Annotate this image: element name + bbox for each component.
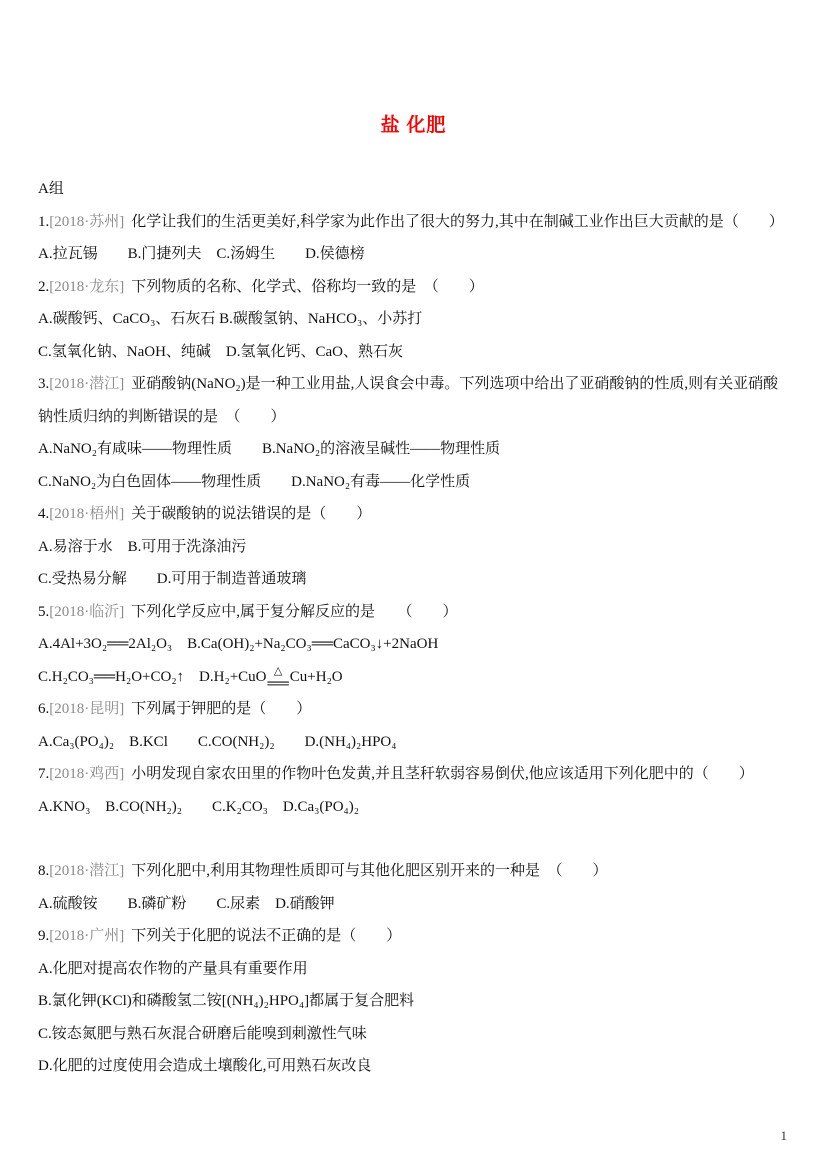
option-line: A.碳酸钙、CaCO₃、石灰石 B.碳酸氢钠、NaHCO₃、小苏打: [38, 303, 793, 336]
question-stem: 9.[2018·广州]下列关于化肥的说法不正确的是（ ）: [38, 920, 793, 953]
group-label: A组: [38, 173, 793, 206]
question-source: [2018·苏州]: [49, 214, 124, 230]
question-number: 9.: [38, 928, 49, 944]
equation-line-glyph: ══: [268, 677, 289, 691]
option-line-equation: C.H₂CO₃══H₂O+CO₂↑ D.H₂+CuO△══Cu+H₂O: [38, 661, 793, 694]
question-number: 6.: [38, 701, 49, 717]
document-content: A组 1.[2018·苏州]化学让我们的生活更美好,科学家为此作出了很大的努力,…: [0, 173, 827, 1083]
question-text: 下列关于化肥的说法不正确的是（ ）: [131, 928, 401, 944]
question-number: 3.: [38, 376, 49, 392]
question-stem: 5.[2018·临沂]下列化学反应中,属于复分解反应的是 （ ）: [38, 596, 793, 629]
equation-pre: C.H₂CO₃══H₂O+CO₂↑ D.H₂+CuO: [38, 669, 267, 685]
option-line: A.4Al+3O₂══2Al₂O₃ B.Ca(OH)₂+Na₂CO₃══CaCO…: [38, 628, 793, 661]
option-line: A.KNO₃ B.CO(NH₂)₂ C.K₂CO₃ D.Ca₃(PO₄)₂: [38, 791, 793, 824]
question-4: 4.[2018·梧州]关于碳酸钠的说法错误的是（ ） A.易溶于水 B.可用于洗…: [38, 498, 793, 596]
question-5: 5.[2018·临沂]下列化学反应中,属于复分解反应的是 （ ） A.4Al+3…: [38, 596, 793, 694]
question-source: [2018·潜江]: [49, 376, 124, 392]
option-line: C.铵态氮肥与熟石灰混合研磨后能嗅到刺激性气味: [38, 1018, 793, 1051]
question-stem: 7.[2018·鸡西]小明发现自家农田里的作物叶色发黄,并且茎秆软弱容易倒伏,他…: [38, 758, 793, 791]
option-line: B.氯化钾(KCl)和磷酸氢二铵[(NH₄)₂HPO₄]都属于复合肥料: [38, 985, 793, 1018]
question-stem: 2.[2018·龙东]下列物质的名称、化学式、俗称均一致的是 （ ）: [38, 271, 793, 304]
question-1: 1.[2018·苏州]化学让我们的生活更美好,科学家为此作出了很大的努力,其中在…: [38, 206, 793, 271]
question-source: [2018·潜江]: [49, 863, 124, 879]
question-text: 亚硝酸钠(NaNO₂)是一种工业用盐,人误食会中毒。下列选项中给出了亚硝酸钠的性…: [38, 376, 778, 425]
question-text: 下列属于钾肥的是（ ）: [131, 701, 311, 717]
question-9: 9.[2018·广州]下列关于化肥的说法不正确的是（ ） A.化肥对提高农作物的…: [38, 920, 793, 1083]
option-line: A.化肥对提高农作物的产量具有重要作用: [38, 953, 793, 986]
question-text: 关于碳酸钠的说法错误的是（ ）: [131, 506, 371, 522]
option-line: C.NaNO₂为白色固体——物理性质 D.NaNO₂有毒——化学性质: [38, 466, 793, 499]
page-number: 1: [781, 1128, 788, 1144]
option-line: A.Ca₃(PO₄)₂ B.KCl C.CO(NH₂)₂ D.(NH₄)₂HPO…: [38, 726, 793, 759]
question-stem: 4.[2018·梧州]关于碳酸钠的说法错误的是（ ）: [38, 498, 793, 531]
option-line: A.拉瓦锡 B.门捷列夫 C.汤姆生 D.侯德榜: [38, 238, 793, 271]
question-text: 下列化肥中,利用其物理性质即可与其他化肥区别开来的一种是 （ ）: [131, 863, 607, 879]
option-line: A.易溶于水 B.可用于洗涤油污: [38, 531, 793, 564]
question-source: [2018·临沂]: [49, 604, 124, 620]
blank-line: [38, 823, 793, 855]
question-number: 1.: [38, 214, 49, 230]
option-line: D.化肥的过度使用会造成土壤酸化,可用熟石灰改良: [38, 1050, 793, 1083]
question-number: 8.: [38, 863, 49, 879]
option-line: A.NaNO₂有咸味——物理性质 B.NaNO₂的溶液呈碱性——物理性质: [38, 433, 793, 466]
question-source: [2018·鸡西]: [49, 766, 124, 782]
question-2: 2.[2018·龙东]下列物质的名称、化学式、俗称均一致的是 （ ） A.碳酸钙…: [38, 271, 793, 369]
question-text: 化学让我们的生活更美好,科学家为此作出了很大的努力,其中在制碱工业作出巨大贡献的…: [131, 214, 784, 230]
option-line: C.氢氧化钠、NaOH、纯碱 D.氢氧化钙、CaO、熟石灰: [38, 336, 793, 369]
question-3: 3.[2018·潜江]亚硝酸钠(NaNO₂)是一种工业用盐,人误食会中毒。下列选…: [38, 368, 793, 498]
delta-icon: △: [268, 666, 289, 677]
document-page: 盐 化肥 A组 1.[2018·苏州]化学让我们的生活更美好,科学家为此作出了很…: [0, 0, 827, 1170]
question-6: 6.[2018·昆明]下列属于钾肥的是（ ） A.Ca₃(PO₄)₂ B.KCl…: [38, 693, 793, 758]
question-source: [2018·龙东]: [49, 279, 124, 295]
question-stem: 8.[2018·潜江]下列化肥中,利用其物理性质即可与其他化肥区别开来的一种是 …: [38, 855, 793, 888]
question-number: 7.: [38, 766, 49, 782]
question-text: 小明发现自家农田里的作物叶色发黄,并且茎秆软弱容易倒伏,他应该适用下列化肥中的（…: [131, 766, 754, 782]
document-title: 盐 化肥: [0, 0, 827, 137]
question-number: 2.: [38, 279, 49, 295]
question-source: [2018·梧州]: [49, 506, 124, 522]
question-source: [2018·昆明]: [49, 701, 124, 717]
question-8: 8.[2018·潜江]下列化肥中,利用其物理性质即可与其他化肥区别开来的一种是 …: [38, 855, 793, 920]
question-text: 下列物质的名称、化学式、俗称均一致的是 （ ）: [131, 279, 484, 295]
option-line: A.硫酸铵 B.磷矿粉 C.尿素 D.硝酸钾: [38, 888, 793, 921]
question-source: [2018·广州]: [49, 928, 124, 944]
question-number: 5.: [38, 604, 49, 620]
question-stem: 3.[2018·潜江]亚硝酸钠(NaNO₂)是一种工业用盐,人误食会中毒。下列选…: [38, 368, 793, 433]
question-stem: 1.[2018·苏州]化学让我们的生活更美好,科学家为此作出了很大的努力,其中在…: [38, 206, 793, 239]
question-number: 4.: [38, 506, 49, 522]
equation-post: Cu+H₂O: [290, 669, 343, 685]
option-line: C.受热易分解 D.可用于制造普通玻璃: [38, 563, 793, 596]
question-text: 下列化学反应中,属于复分解反应的是 （ ）: [131, 604, 457, 620]
heated-condition: △══: [268, 666, 289, 691]
question-7: 7.[2018·鸡西]小明发现自家农田里的作物叶色发黄,并且茎秆软弱容易倒伏,他…: [38, 758, 793, 823]
question-stem: 6.[2018·昆明]下列属于钾肥的是（ ）: [38, 693, 793, 726]
